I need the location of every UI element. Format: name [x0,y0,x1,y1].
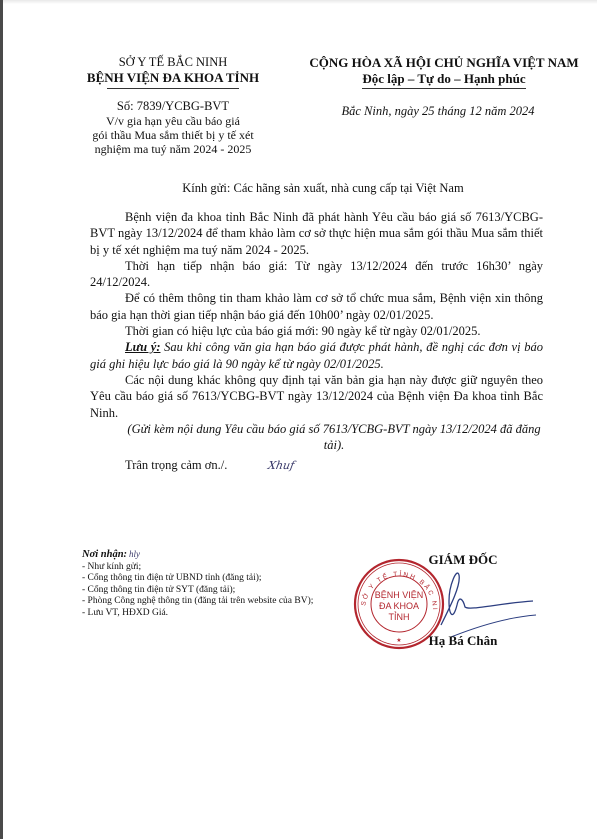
body-paragraph: Thời hạn tiếp nhận báo giá: Từ ngày 13/1… [90,258,543,291]
closing-line: Trân trọng cảm ơn./.Xhuf [90,457,543,474]
issuer-header: SỞ Y TẾ BẮC NINH BỆNH VIỆN ĐA KHOA TỈNH … [73,55,273,156]
subject-line: nghiệm ma tuý năm 2024 - 2025 [73,142,273,156]
recipient-item: - Cổng thông tin điện tử SYT (đăng tải); [82,585,362,597]
department-name: SỞ Y TẾ BẮC NINH [73,55,273,70]
nation-title: CỘNG HÒA XÃ HỘI CHỦ NGHĨA VIỆT NAM [289,55,597,71]
recipient-item: - Như kính gửi; [82,562,362,574]
recipient-item: - Cổng thông tin điện tử UBND tỉnh (đăng… [82,573,362,585]
national-header: CỘNG HÒA XÃ HỘI CHỦ NGHĨA VIỆT NAM Độc l… [289,55,597,119]
svg-text:★: ★ [396,637,401,644]
body-paragraph: Bệnh viện đa khoa tỉnh Bắc Ninh đã phát … [90,209,543,258]
attachment-note: (Gửi kèm nội dung Yêu cầu báo giá số 761… [90,421,543,454]
subject-line: gói thầu Mua sắm thiết bị y tế xét [73,128,273,142]
recipients-title: Nơi nhận: [82,549,127,560]
stamp-line: TỈNH [389,611,410,622]
hospital-name: BỆNH VIỆN ĐA KHOA TỈNH [73,70,273,85]
signer-name: Hạ Bá Chân [413,633,513,649]
recipients-initial: hly [129,549,140,559]
body-paragraph: Thời gian có hiệu lực của báo giá mới: 9… [90,323,543,339]
recipients-list: Nơi nhận:hly - Như kính gửi; - Cổng thôn… [82,549,362,620]
closing-text: Trân trọng cảm ơn./. [125,458,227,472]
place-date: Bắc Ninh, ngày 25 tháng 12 năm 2024 [277,103,597,119]
body-paragraph: Để có thêm thông tin tham khảo làm cơ sở… [90,290,543,323]
stamp-line: BỆNH VIỆN [375,590,424,600]
header-rule [107,88,239,89]
recipient-item: - Lưu VT, HĐXD Giá. [82,608,362,620]
letter-body: Bệnh viện đa khoa tỉnh Bắc Ninh đã phát … [90,209,543,475]
national-motto: Độc lập – Tự do – Hạnh phúc [362,71,525,89]
stamp-line: ĐA KHOA [379,601,419,611]
subject-line: V/v gia hạn yêu cầu báo giá [73,114,273,128]
salutation: Kính gửi: Các hãng sản xuất, nhà cung cấ… [83,181,563,196]
note-paragraph: Lưu ý: Sau khi công văn gia hạn báo giá … [90,339,543,372]
recipient-item: - Phòng Công nghệ thông tin (đăng tải tr… [82,596,362,608]
document-page: SỞ Y TẾ BẮC NINH BỆNH VIỆN ĐA KHOA TỈNH … [3,0,597,839]
body-paragraph: Các nội dung khác không quy định tại văn… [90,372,543,421]
note-label: Lưu ý: [125,340,160,354]
document-number: Số: 7839/YCBG-BVT [73,99,273,114]
initial-signature: Xhuf [232,458,296,474]
